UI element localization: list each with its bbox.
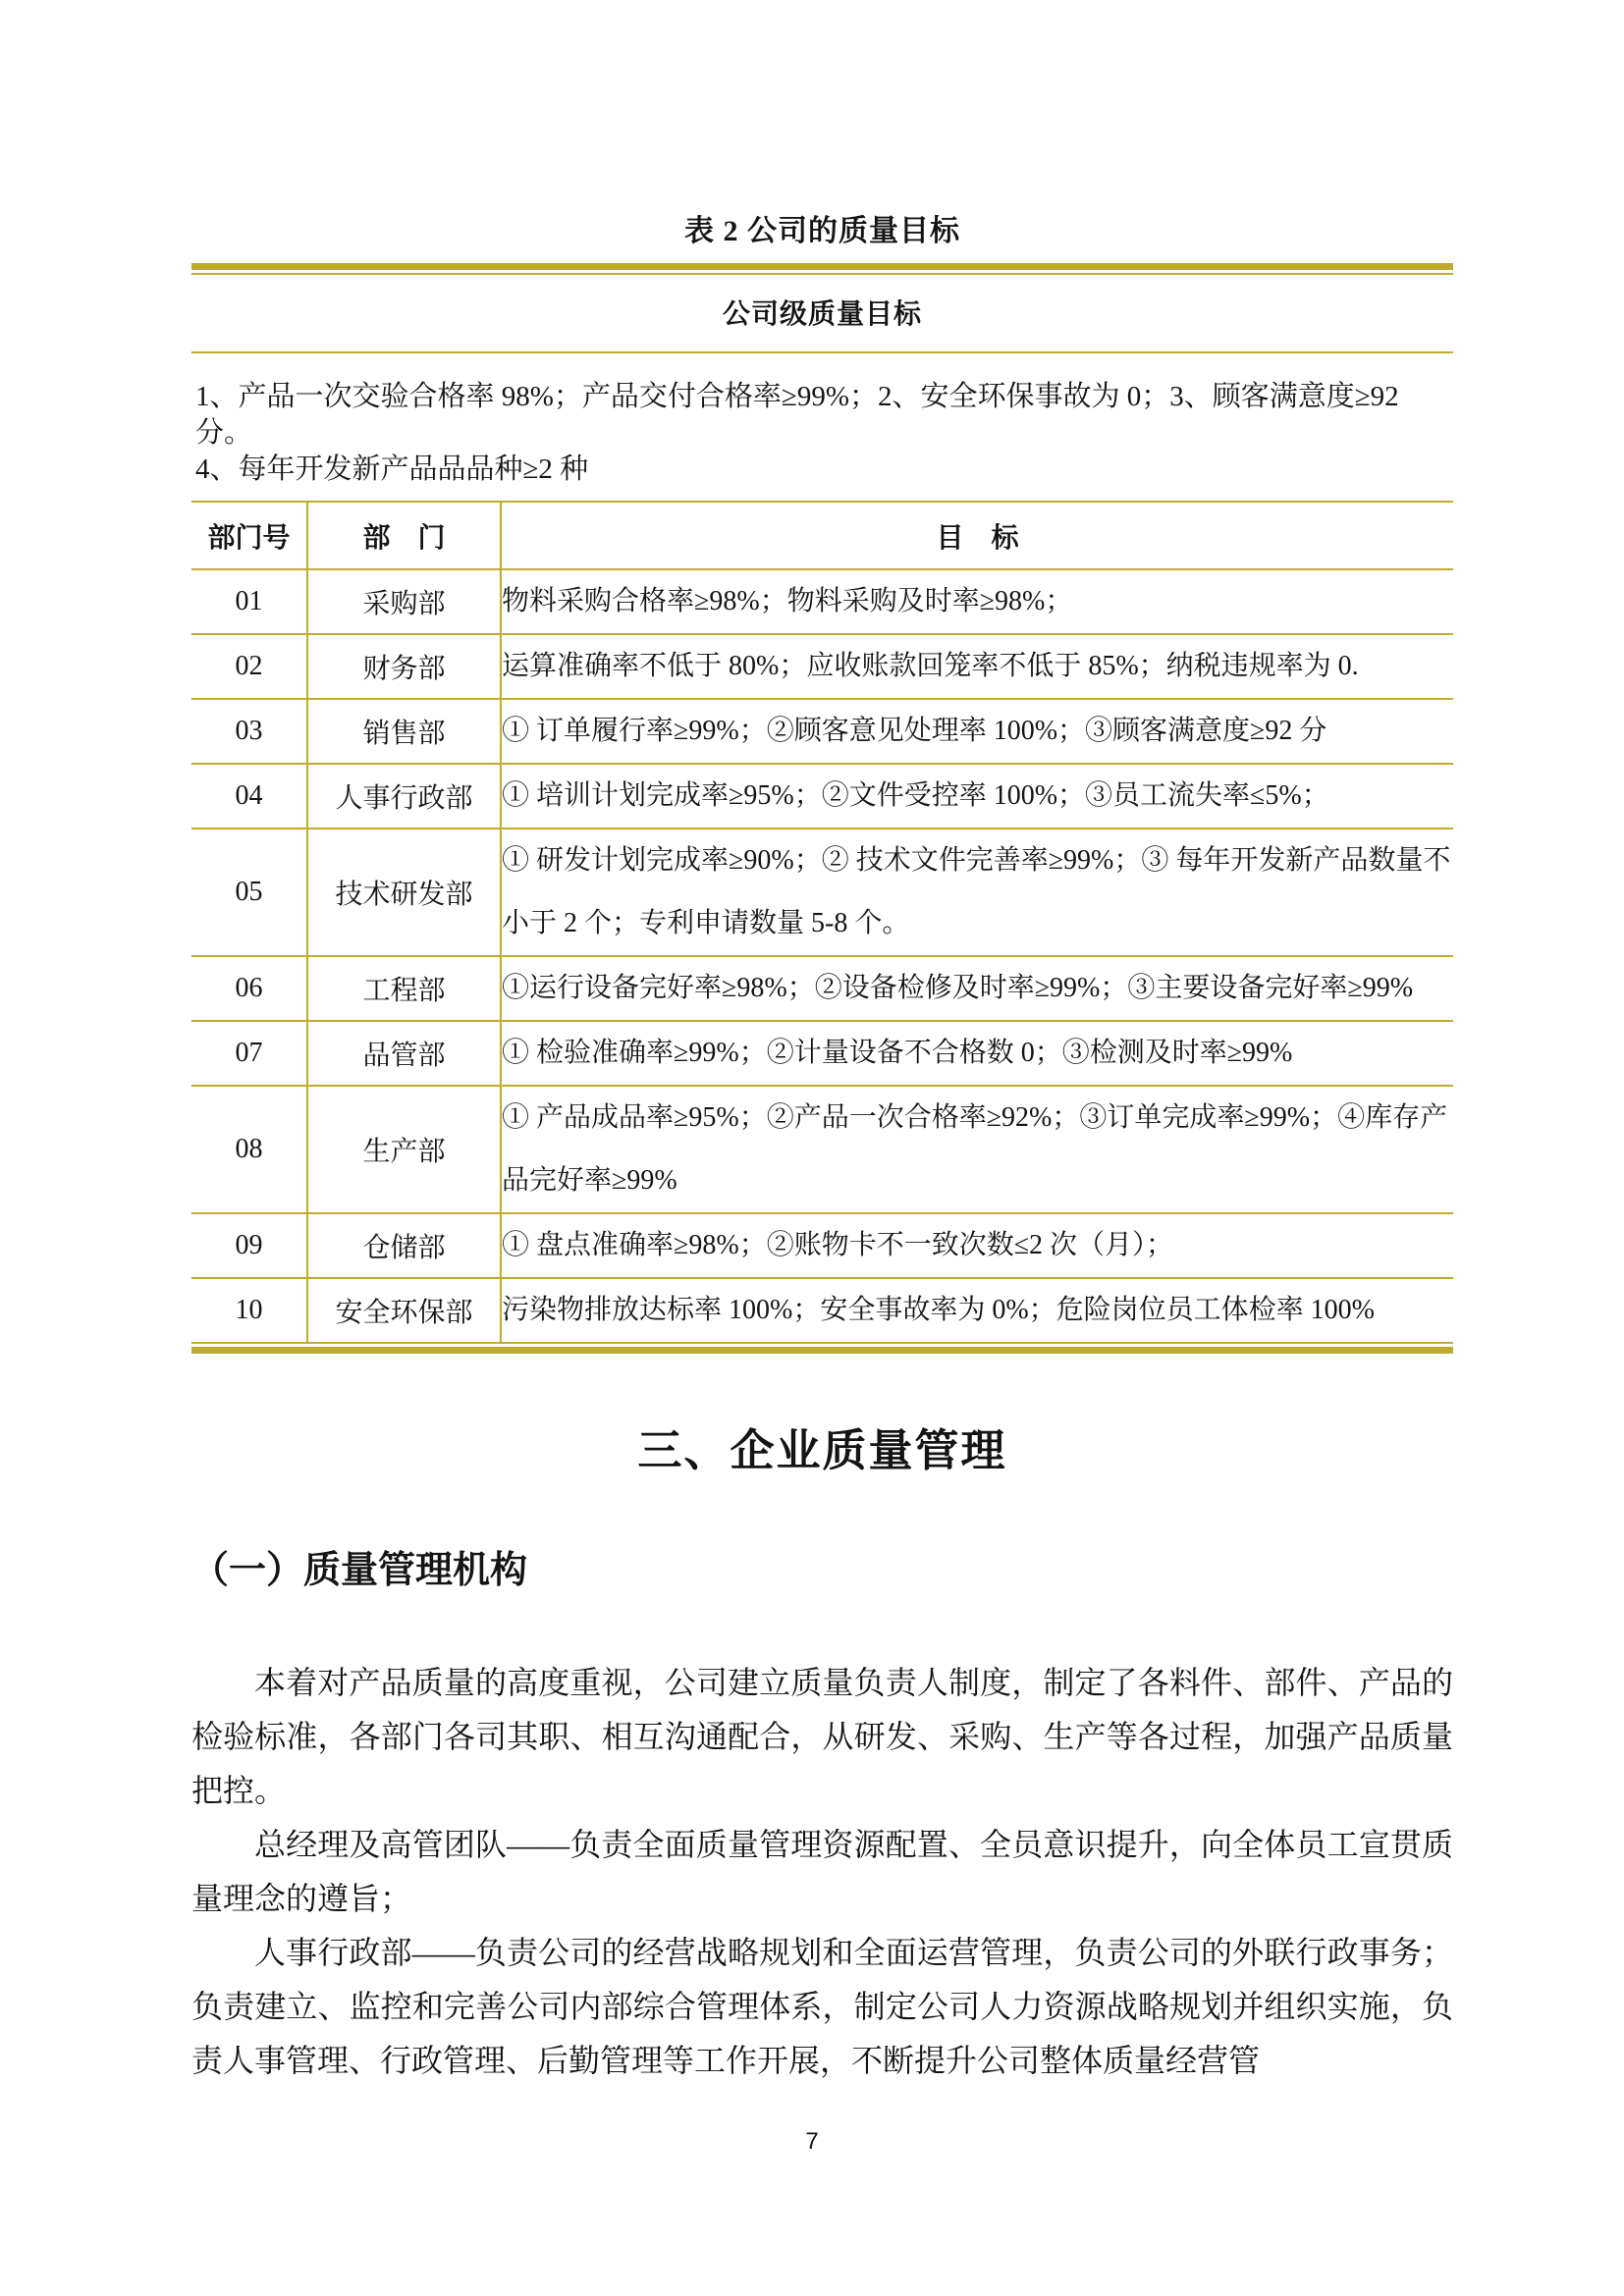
paragraph-hr-admin: 人事行政部——负责公司的经营战略规划和全面运营管理，负责公司的外联行政事务；负责… [191, 1926, 1453, 2088]
dept-goal-cell: ① 研发计划完成率≥90%；② 技术文件完善率≥99%；③ 每年开发新产品数量不… [501, 828, 1453, 956]
dept-goal-cell: ① 产品成品率≥95%；②产品一次合格率≥92%；③订单完成率≥99%；④库存产… [501, 1086, 1453, 1213]
table-row: 08 生产部 ① 产品成品率≥95%；②产品一次合格率≥92%；③订单完成率≥9… [191, 1086, 1453, 1213]
table-row: 03 销售部 ① 订单履行率≥99%；②顾客意见处理率 100%；③顾客满意度≥… [191, 699, 1453, 764]
table-row: 04 人事行政部 ① 培训计划完成率≥95%；②文件受控率 100%；③员工流失… [191, 764, 1453, 828]
dept-no-cell: 03 [191, 699, 307, 764]
dept-name-cell: 品管部 [307, 1021, 501, 1086]
paragraph-quality-control: 本着对产品质量的高度重视，公司建立质量负责人制度，制定了各料件、部件、产品的检验… [191, 1656, 1453, 1818]
dept-goal-cell: ① 培训计划完成率≥95%；②文件受控率 100%；③员工流失率≤5%； [501, 764, 1453, 828]
dept-no-cell: 01 [191, 569, 307, 634]
paragraph-gm-team: 总经理及高管团队——负责全面质量管理资源配置、全员意识提升，向全体员工宣贯质量理… [191, 1818, 1453, 1926]
dept-no-cell: 09 [191, 1213, 307, 1278]
dept-no-cell: 10 [191, 1278, 307, 1343]
department-goals-table: 部门号 部 门 目 标 01 采购部 物料采购合格率≥98%；物料采购及时率≥9… [191, 501, 1453, 1344]
dept-goal-cell: ①运行设备完好率≥98%；②设备检修及时率≥99%；③主要设备完好率≥99% [501, 956, 1453, 1021]
table-row: 01 采购部 物料采购合格率≥98%；物料采购及时率≥98%； [191, 569, 1453, 634]
subsection-heading: （一）质量管理机构 [191, 1539, 1453, 1593]
dept-no-cell: 05 [191, 828, 307, 956]
table-row: 09 仓储部 ① 盘点准确率≥98%；②账物卡不一致次数≤2 次（月）； [191, 1213, 1453, 1278]
dept-goal-cell: ① 检验准确率≥99%；②计量设备不合格数 0；③检测及时率≥99% [501, 1021, 1453, 1086]
page-number: 7 [0, 2128, 1624, 2156]
dept-goal-cell: ① 订单履行率≥99%；②顾客意见处理率 100%；③顾客满意度≥92 分 [501, 699, 1453, 764]
dept-no-cell: 07 [191, 1021, 307, 1086]
dept-no-cell: 02 [191, 634, 307, 699]
table-header-row: 部门号 部 门 目 标 [191, 502, 1453, 569]
dept-goal-cell: ① 盘点准确率≥98%；②账物卡不一致次数≤2 次（月）； [501, 1213, 1453, 1278]
table-row: 07 品管部 ① 检验准确率≥99%；②计量设备不合格数 0；③检测及时率≥99… [191, 1021, 1453, 1086]
table-row: 02 财务部 运算准确率不低于 80%；应收账款回笼率不低于 85%；纳税违规率… [191, 634, 1453, 699]
company-goals-text: 1、产品一次交验合格率 98%；产品交付合格率≥99%；2、安全环保事故为 0；… [191, 353, 1453, 501]
table-row: 06 工程部 ①运行设备完好率≥98%；②设备检修及时率≥99%；③主要设备完好… [191, 956, 1453, 1021]
dept-name-cell: 财务部 [307, 634, 501, 699]
company-goals-line-2: 4、每年开发新产品品品种≥2 种 [195, 452, 1449, 488]
table-row: 05 技术研发部 ① 研发计划完成率≥90%；② 技术文件完善率≥99%；③ 每… [191, 828, 1453, 956]
body-text: 本着对产品质量的高度重视，公司建立质量负责人制度，制定了各料件、部件、产品的检验… [191, 1656, 1453, 2088]
column-header-dept: 部 门 [307, 502, 501, 569]
goals-table-body: 01 采购部 物料采购合格率≥98%；物料采购及时率≥98%； 02 财务部 运… [191, 569, 1453, 1343]
dept-name-cell: 仓储部 [307, 1213, 501, 1278]
dept-no-cell: 08 [191, 1086, 307, 1213]
page-content: 表 2 公司的质量目标 公司级质量目标 1、产品一次交验合格率 98%；产品交付… [191, 0, 1453, 2088]
dept-name-cell: 采购部 [307, 569, 501, 634]
section-heading: 三、企业质量管理 [191, 1415, 1453, 1478]
dept-goal-cell: 运算准确率不低于 80%；应收账款回笼率不低于 85%；纳税违规率为 0. [501, 634, 1453, 699]
dept-goal-cell: 污染物排放达标率 100%；安全事故率为 0%；危险岗位员工体检率 100% [501, 1278, 1453, 1343]
gold-rule-thick-bottom [191, 1347, 1453, 1354]
column-header-goal: 目 标 [501, 502, 1453, 569]
table-row: 10 安全环保部 污染物排放达标率 100%；安全事故率为 0%；危险岗位员工体… [191, 1278, 1453, 1343]
gold-rule-thick-top [191, 263, 1453, 270]
company-level-goals-header: 公司级质量目标 [191, 275, 1453, 351]
table-caption: 表 2 公司的质量目标 [191, 0, 1453, 249]
document-page: 表 2 公司的质量目标 公司级质量目标 1、产品一次交验合格率 98%；产品交付… [0, 0, 1624, 2296]
dept-no-cell: 04 [191, 764, 307, 828]
dept-no-cell: 06 [191, 956, 307, 1021]
company-goals-line-1: 1、产品一次交验合格率 98%；产品交付合格率≥99%；2、安全环保事故为 0；… [195, 379, 1449, 452]
dept-goal-cell: 物料采购合格率≥98%；物料采购及时率≥98%； [501, 569, 1453, 634]
column-header-dept-no: 部门号 [191, 502, 307, 569]
dept-name-cell: 生产部 [307, 1086, 501, 1213]
dept-name-cell: 安全环保部 [307, 1278, 501, 1343]
dept-name-cell: 技术研发部 [307, 828, 501, 956]
dept-name-cell: 销售部 [307, 699, 501, 764]
dept-name-cell: 人事行政部 [307, 764, 501, 828]
dept-name-cell: 工程部 [307, 956, 501, 1021]
